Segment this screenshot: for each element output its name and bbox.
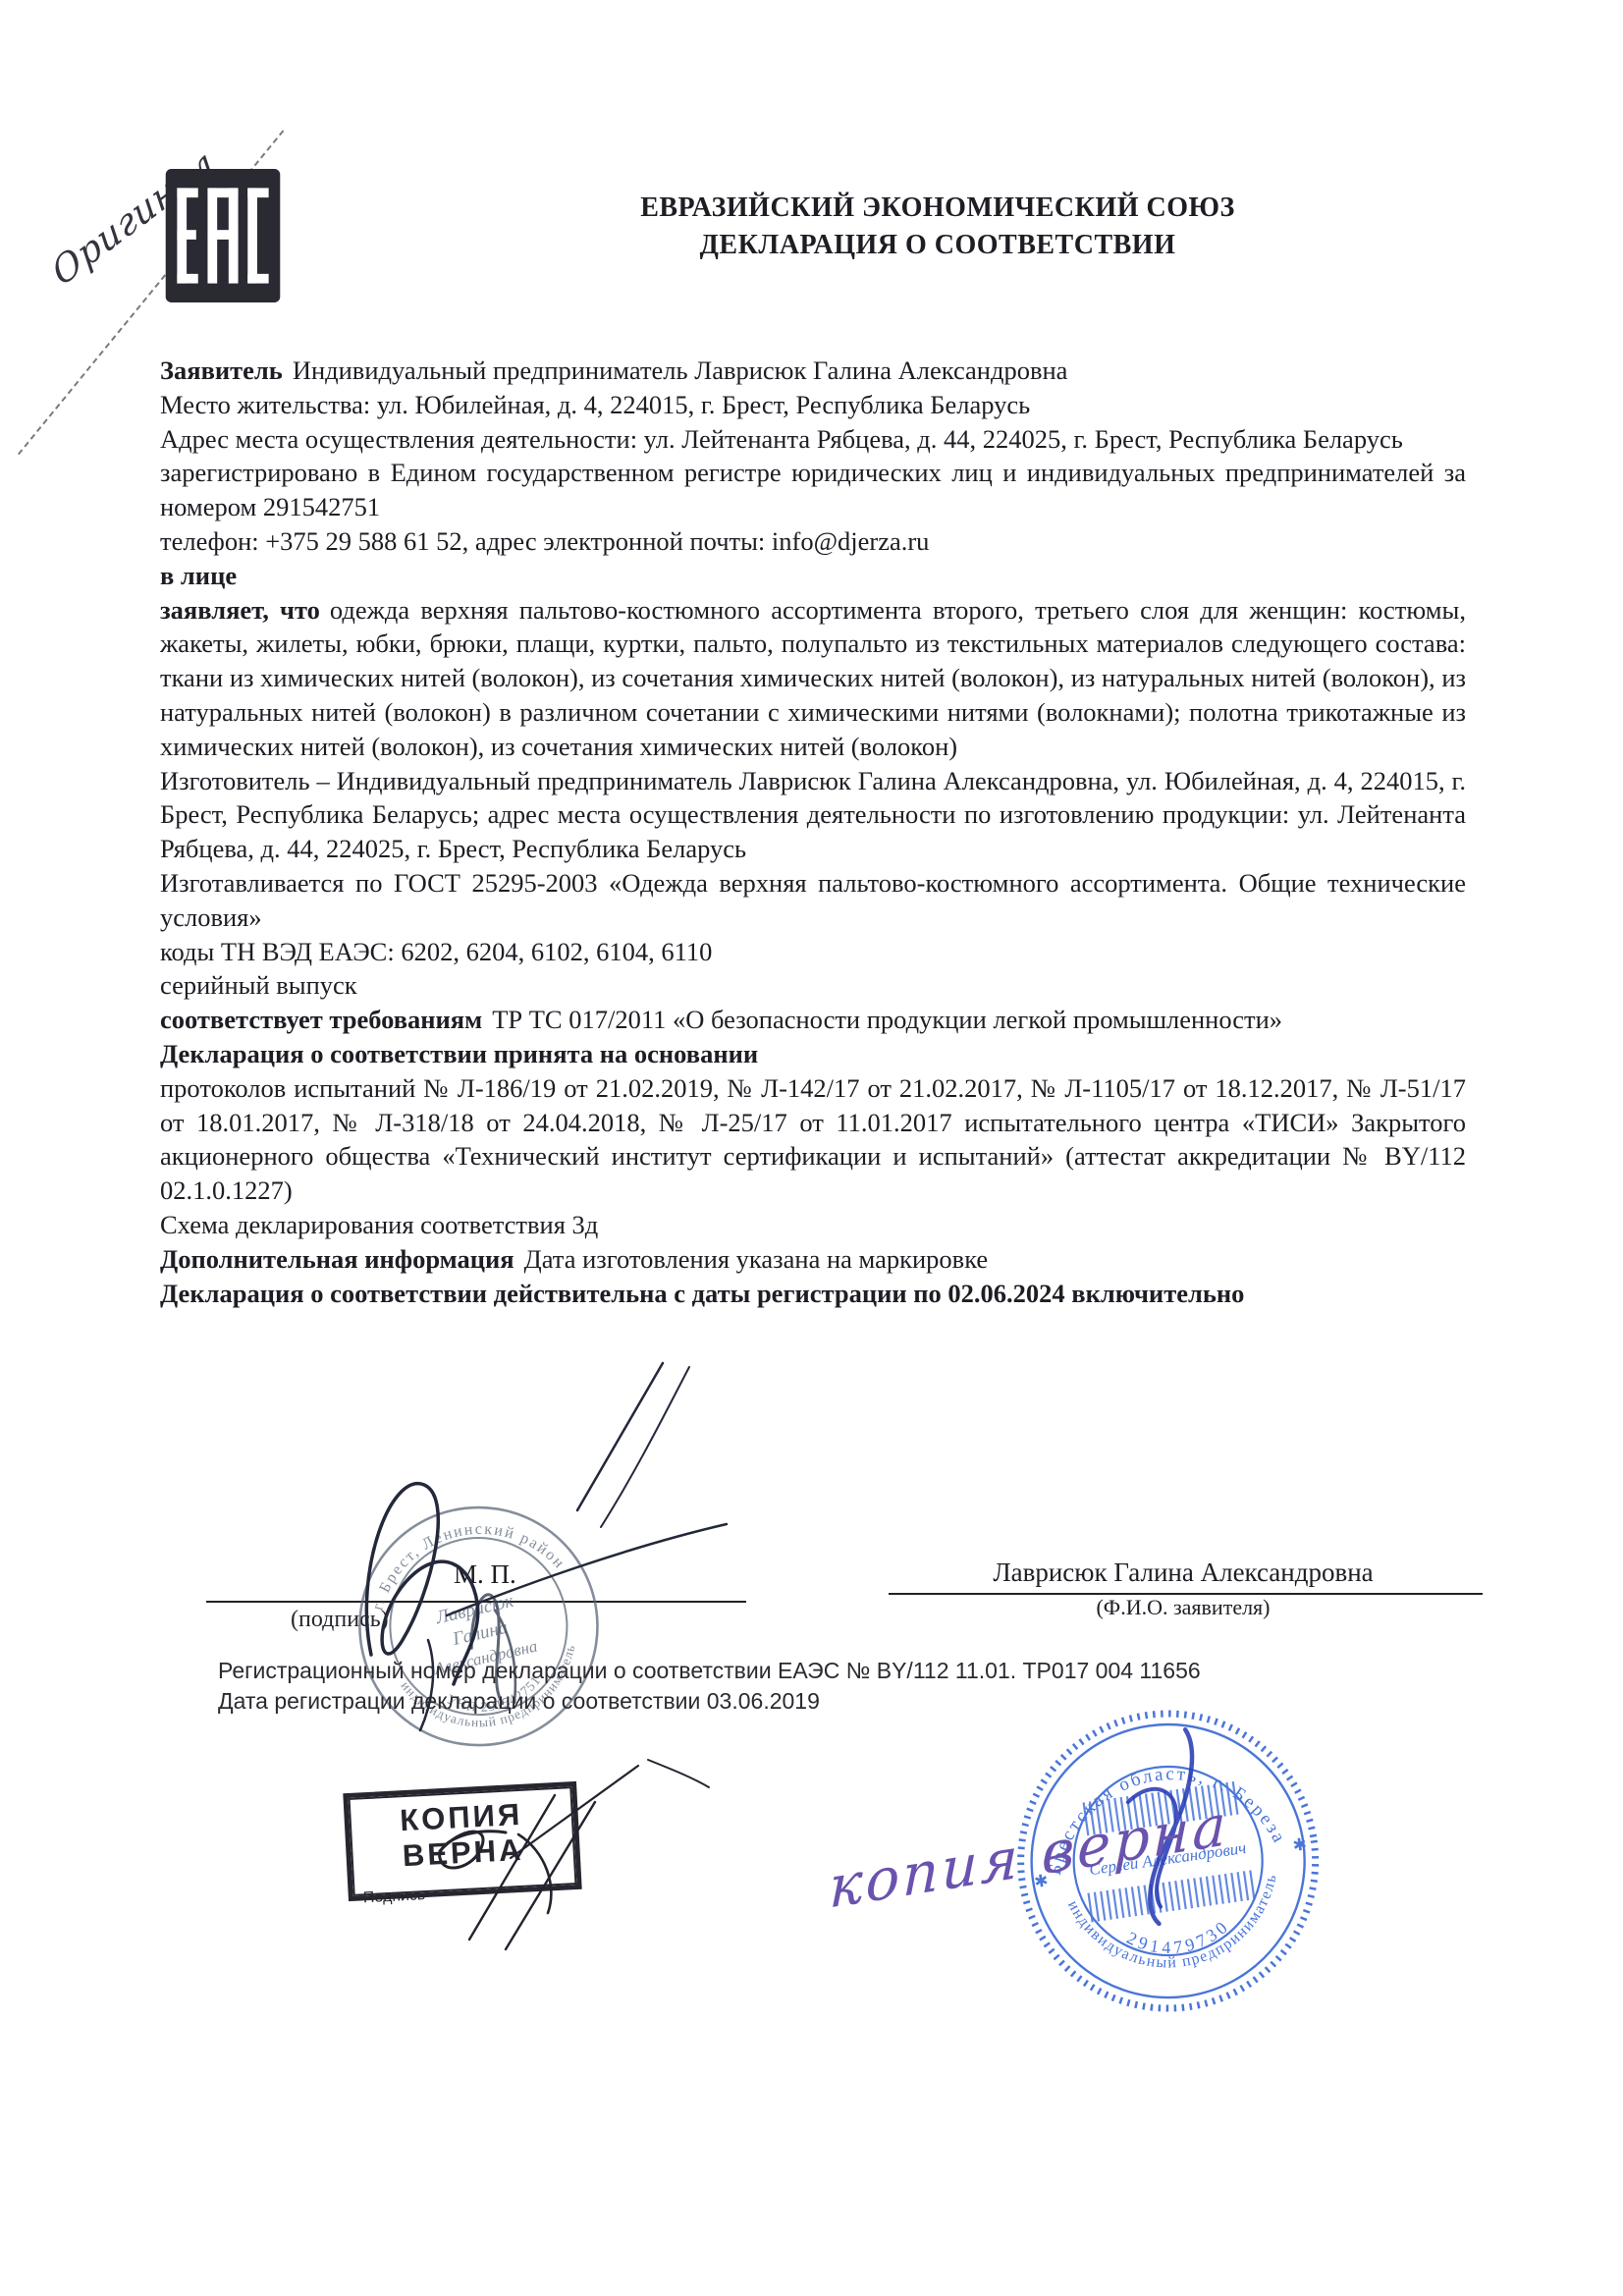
paragraph-applicant: ЗаявительИндивидуальный предприниматель … — [160, 354, 1466, 388]
title-line-2: ДЕКЛАРАЦИЯ О СООТВЕТСТВИИ — [403, 227, 1473, 264]
mp-stamp-top-text: г. Брест, Ленинский район — [355, 1501, 570, 1615]
paragraph-in-person: в лице — [160, 559, 1466, 593]
svg-text:г. Брест, Ленинский район: г. Брест, Ленинский район — [355, 1501, 570, 1615]
declaration-document: Оригинал ЕВРАЗИЙСКИЙ ЭКОНОМИЧЕСКИЙ СОЮЗ … — [0, 0, 1623, 2296]
paragraph-activity-address: Адрес места осуществления деятельности: … — [160, 422, 1466, 457]
copy-stamp-sign-label: Подпись — [362, 1879, 577, 1907]
paragraph-manufacturer: Изготовитель – Индивидуальный предприним… — [160, 764, 1466, 866]
mp-seal-label: М. П. — [454, 1559, 516, 1590]
paragraph-registration-number: зарегистрировано в Едином государственно… — [160, 456, 1466, 524]
title-line-1: ЕВРАЗИЙСКИЙ ЭКОНОМИЧЕСКИЙ СОЮЗ — [403, 190, 1473, 227]
paragraph-scheme: Схема декларирования соответствия 3д — [160, 1208, 1466, 1242]
copy-stamp-title: КОПИЯ ВЕРНА — [349, 1794, 575, 1877]
declaration-body: ЗаявительИндивидуальный предприниматель … — [160, 354, 1466, 1310]
applicant-name: Лаврисюк Галина Александровна — [889, 1558, 1478, 1588]
paragraph-contacts: телефон: +375 29 588 61 52, адрес электр… — [160, 524, 1466, 559]
paragraph-conforms: соответствует требованиямТР ТС 017/2011 … — [160, 1003, 1466, 1037]
paragraph-gost: Изготавливается по ГОСТ 25295-2003 «Одеж… — [160, 866, 1466, 935]
document-title: ЕВРАЗИЙСКИЙ ЭКОНОМИЧЕСКИЙ СОЮЗ ДЕКЛАРАЦИ… — [403, 190, 1473, 264]
paragraph-additional-info: Дополнительная информацияДата изготовлен… — [160, 1242, 1466, 1277]
copy-verified-stamp: КОПИЯ ВЕРНА Подпись — [343, 1781, 581, 1901]
paragraph-test-reports: протоколов испытаний № Л-186/19 от 21.02… — [160, 1071, 1466, 1208]
paragraph-hs-codes: коды ТН ВЭД ЕАЭС: 6202, 6204, 6102, 6104… — [160, 935, 1466, 969]
paragraph-declares: заявляет, чтоодежда верхняя пальтово-кос… — [160, 593, 1466, 764]
paragraph-serial: серийный выпуск — [160, 968, 1466, 1003]
paragraph-residence: Место жительства: ул. Юбилейная, д. 4, 2… — [160, 388, 1466, 422]
blue-stamp-separator-right: ✱ — [1291, 1834, 1308, 1855]
paragraph-basis-heading: Декларация о соответствии принята на осн… — [160, 1037, 1466, 1071]
registration-date-line: Дата регистрации декларации о соответств… — [218, 1686, 1201, 1717]
registration-block: Регистрационный номер декларации о соотв… — [218, 1656, 1201, 1717]
paragraph-validity: Декларация о соответствии действительна … — [160, 1277, 1466, 1311]
eac-mark-icon — [165, 169, 281, 307]
registration-number-line: Регистрационный номер декларации о соотв… — [218, 1656, 1201, 1686]
round-stamp-applicant: г. Брест, Ленинский район индивидуальный… — [326, 1473, 633, 1784]
applicant-name-caption: (Ф.И.О. заявителя) — [889, 1595, 1478, 1620]
